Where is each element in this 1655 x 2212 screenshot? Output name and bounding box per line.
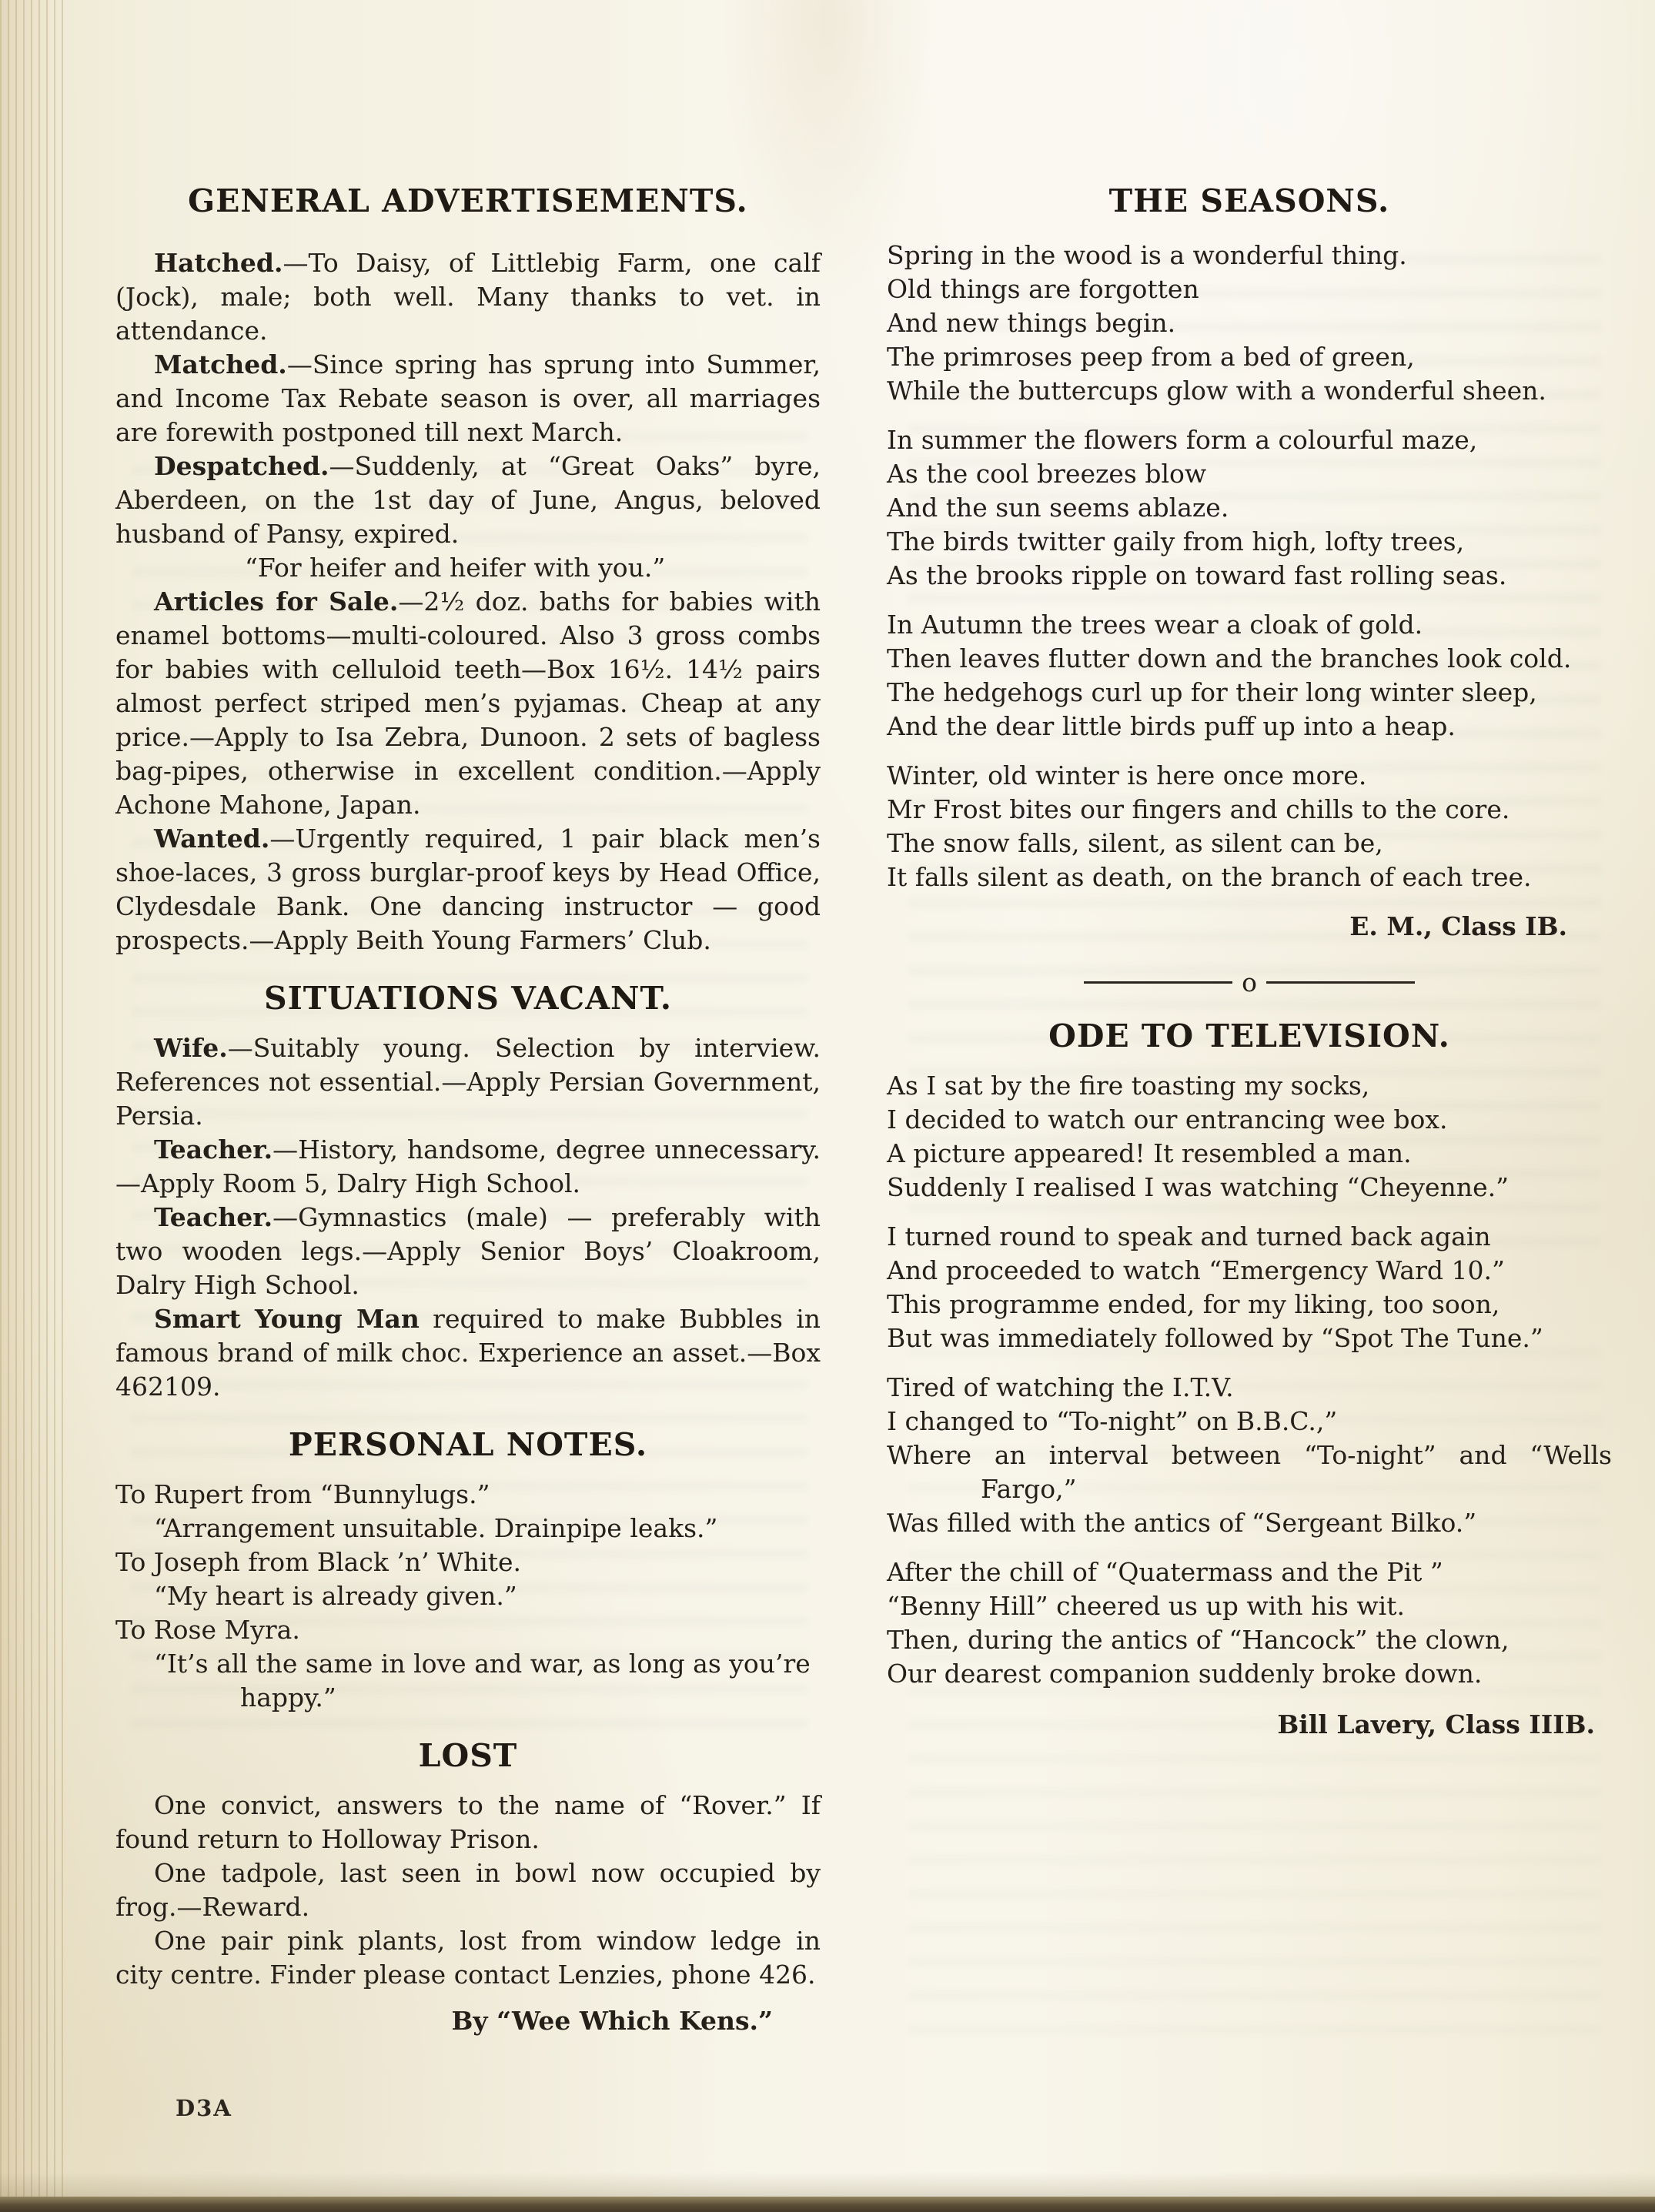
ode-stanza-4-line: After the chill of “Quatermass and the P… <box>887 1555 1612 1589</box>
left-column: GENERAL ADVERTISEMENTS.Hatched.—To Daisy… <box>115 183 821 2038</box>
lost-tadpole-text: One tadpole, last seen in bowl now occup… <box>115 1858 821 1922</box>
ad-despatched-lead: Despatched. <box>154 451 329 481</box>
ode-stanza-4: After the chill of “Quatermass and the P… <box>887 1555 1612 1691</box>
seasons-stanza-summer-line: And the sun seems ablaze. <box>887 491 1612 525</box>
signature-bill: Bill Lavery, Class IIIB. <box>887 1708 1612 1742</box>
right-column: THE SEASONS.Spring in the wood is a wond… <box>887 183 1612 1742</box>
ode-stanza-1-line: As I sat by the fire toasting my socks, <box>887 1069 1612 1103</box>
vacancy-teacher-gymnastics: Teacher.—Gymnastics (male) — preferably … <box>115 1201 821 1302</box>
seasons-stanza-winter: Winter, old winter is here once more.Mr … <box>887 759 1612 894</box>
ode-stanza-3-line: Was filled with the antics of “Sergeant … <box>887 1506 1612 1540</box>
heading-situations-vacant: SITUATIONS VACANT. <box>115 981 821 1016</box>
ad-wanted: Wanted.—Urgently required, 1 pair black … <box>115 822 821 957</box>
ad-matched: Matched.—Since spring has sprung into Su… <box>115 348 821 449</box>
signature-wwk: By “Wee Which Kens.” <box>115 2004 821 2038</box>
lost-pink-plants-text: One pair pink plants, lost from window l… <box>115 1926 821 1990</box>
lost-convict: One convict, answers to the name of “Rov… <box>115 1789 821 1856</box>
ode-stanza-4-line: Then, during the antics of “Hancock” the… <box>887 1623 1612 1657</box>
divider-rule-right <box>1266 981 1415 984</box>
page-bottom-shadow <box>0 2172 1655 2198</box>
ode-stanza-3-line: I changed to “To-night” on B.B.C.,” <box>887 1405 1612 1438</box>
ode-stanza-4-line: Our dearest companion suddenly broke dow… <box>887 1657 1612 1691</box>
ad-articles-for-sale-lead: Articles for Sale. <box>154 586 398 616</box>
ode-stanza-2-line: And proceeded to watch “Emergency Ward 1… <box>887 1254 1612 1288</box>
vacancy-smart-young-man: Smart Young Man required to make Bubbles… <box>115 1302 821 1404</box>
ode-stanza-2-line: But was immediately followed by “Spot Th… <box>887 1322 1612 1355</box>
ode-stanza-1-line: I decided to watch our entrancing wee bo… <box>887 1103 1612 1137</box>
note-to-rupert-reply: “Arrangement unsuitable. Drainpipe leaks… <box>115 1512 821 1545</box>
ad-matched-lead: Matched. <box>154 349 287 379</box>
note-to-joseph: To Joseph from Black ’n’ White. <box>115 1545 821 1579</box>
note-to-joseph-reply: “My heart is already given.” <box>115 1579 821 1613</box>
ode-stanza-2: I turned round to speak and turned back … <box>887 1220 1612 1355</box>
ad-wanted-lead: Wanted. <box>154 824 269 854</box>
seasons-stanza-autumn: In Autumn the trees wear a cloak of gold… <box>887 608 1612 743</box>
seasons-stanza-autumn-line: And the dear little birds puff up into a… <box>887 710 1612 743</box>
divider-ornament: o <box>1242 970 1257 995</box>
ode-stanza-3-line: Where an interval between “To-night” and… <box>887 1438 1612 1506</box>
note-to-rupert: To Rupert from “Bunnylugs.” <box>115 1478 821 1512</box>
page-bottom-edge <box>0 2197 1655 2212</box>
heading-the-seasons: THE SEASONS. <box>887 183 1612 219</box>
magazine-page: GENERAL ADVERTISEMENTS.Hatched.—To Daisy… <box>0 0 1655 2212</box>
seasons-stanza-spring-line: Old things are forgotten <box>887 272 1612 306</box>
seasons-stanza-autumn-line: In Autumn the trees wear a cloak of gold… <box>887 608 1612 642</box>
seasons-stanza-winter-line: Winter, old winter is here once more. <box>887 759 1612 793</box>
ode-stanza-1-line: Suddenly I realised I was watching “Chey… <box>887 1171 1612 1205</box>
ode-stanza-4-line: “Benny Hill” cheered us up with his wit. <box>887 1589 1612 1623</box>
seasons-stanza-summer-line: The birds twitter gaily from high, lofty… <box>887 525 1612 559</box>
ad-articles-for-sale-text: —2½ doz. baths for babies with enamel bo… <box>115 586 821 820</box>
signature-em: E. M., Class IB. <box>887 910 1612 944</box>
vacancy-wife: Wife.—Suitably young. Selection by inter… <box>115 1031 821 1133</box>
vacancy-smart-young-man-lead: Smart Young Man <box>154 1304 420 1334</box>
note-to-rose-myra-reply: “It’s all the same in love and war, as l… <box>115 1647 821 1715</box>
seasons-stanza-autumn-line: Then leaves flutter down and the branche… <box>887 642 1612 676</box>
seasons-stanza-summer-line: As the cool breezes blow <box>887 457 1612 491</box>
note-to-rose-myra: To Rose Myra. <box>115 1613 821 1647</box>
seasons-stanza-spring: Spring in the wood is a wonderful thing.… <box>887 239 1612 408</box>
seasons-stanza-winter-line: It falls silent as death, on the branch … <box>887 860 1612 894</box>
ad-articles-for-sale: Articles for Sale.—2½ doz. baths for bab… <box>115 585 821 822</box>
seasons-stanza-spring-line: And new things begin. <box>887 306 1612 340</box>
divider-rule-left <box>1084 981 1232 984</box>
seasons-stanza-spring-line: The primroses peep from a bed of green, <box>887 340 1612 374</box>
ode-stanza-1: As I sat by the fire toasting my socks,I… <box>887 1069 1612 1205</box>
seasons-stanza-autumn-line: The hedgehogs curl up for their long win… <box>887 676 1612 710</box>
seasons-stanza-winter-line: Mr Frost bites our fingers and chills to… <box>887 793 1612 827</box>
heading-general-advertisements: GENERAL ADVERTISEMENTS. <box>115 183 821 219</box>
ode-stanza-3-line: Tired of watching the I.T.V. <box>887 1371 1612 1405</box>
heading-lost: LOST <box>115 1738 821 1773</box>
lost-tadpole: One tadpole, last seen in bowl now occup… <box>115 1856 821 1924</box>
ode-stanza-1-line: A picture appeared! It resembled a man. <box>887 1137 1612 1171</box>
vacancy-teacher-history-lead: Teacher. <box>154 1134 272 1164</box>
vacancy-teacher-history: Teacher.—History, handsome, degree unnec… <box>115 1133 821 1201</box>
ode-stanza-2-line: I turned round to speak and turned back … <box>887 1220 1612 1254</box>
ad-despatched: Despatched.—Suddenly, at “Great Oaks” by… <box>115 449 821 551</box>
seasons-stanza-spring-line: Spring in the wood is a wonderful thing. <box>887 239 1612 272</box>
heading-personal-notes: PERSONAL NOTES. <box>115 1427 821 1462</box>
seasons-stanza-spring-line: While the buttercups glow with a wonderf… <box>887 374 1612 408</box>
seasons-stanza-summer-line: In summer the flowers form a colourful m… <box>887 423 1612 457</box>
seasons-stanza-summer: In summer the flowers form a colourful m… <box>887 423 1612 593</box>
vacancy-teacher-gymnastics-lead: Teacher. <box>154 1202 272 1232</box>
section-divider: o <box>1084 970 1415 995</box>
lost-convict-text: One convict, answers to the name of “Rov… <box>115 1790 821 1854</box>
vacancy-wife-lead: Wife. <box>154 1033 228 1063</box>
seasons-stanza-winter-line: The snow falls, silent, as silent can be… <box>887 827 1612 860</box>
binding-edge-texture <box>0 0 63 2212</box>
seasons-stanza-summer-line: As the brooks ripple on toward fast roll… <box>887 559 1612 593</box>
ad-hatched: Hatched.—To Daisy, of Littlebig Farm, on… <box>115 246 821 348</box>
ode-stanza-2-line: This programme ended, for my liking, too… <box>887 1288 1612 1322</box>
ode-stanza-3: Tired of watching the I.T.V.I changed to… <box>887 1371 1612 1540</box>
ad-hatched-lead: Hatched. <box>154 248 283 278</box>
ad-despatched-epitaph: “For heifer and heifer with you.” <box>115 551 821 585</box>
lost-pink-plants: One pair pink plants, lost from window l… <box>115 1924 821 1992</box>
printer-mark: D3A <box>176 2095 232 2121</box>
heading-ode-to-television: ODE TO TELEVISION. <box>887 1018 1612 1054</box>
